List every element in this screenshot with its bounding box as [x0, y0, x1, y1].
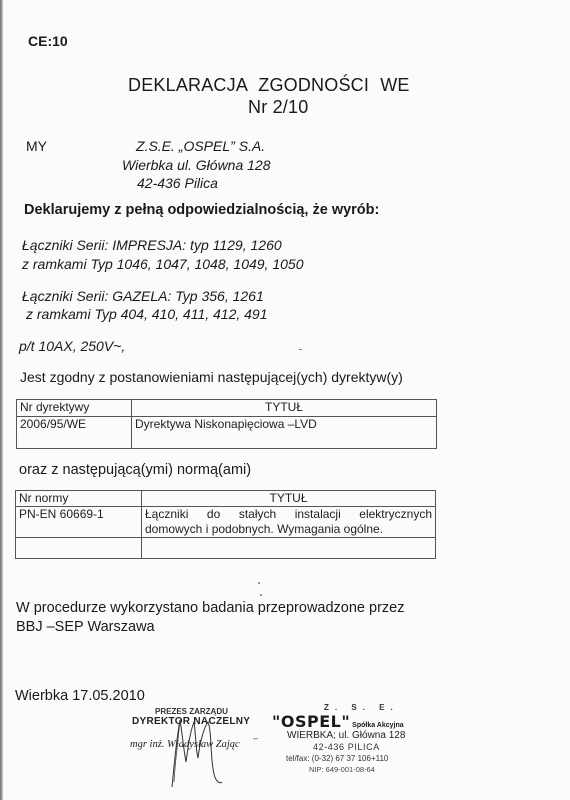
standards-table: Nr normy TYTUŁ PN-EN 60669-1 Łącznikidos…: [15, 490, 436, 559]
ce-mark: CE:10: [28, 33, 68, 49]
declaration-heading: Deklarujemy z pełną odpowiedzialnością, …: [24, 202, 379, 218]
directive-number: 2006/95/WE: [17, 417, 132, 449]
procedure-text: W procedurze wykorzystano badania przepr…: [16, 600, 404, 616]
stamp-dash: –: [253, 733, 258, 743]
empty-cell: [16, 538, 142, 559]
word: stałych: [239, 507, 276, 522]
stamp-street: WIERBKA; ul. Główna 128: [287, 730, 405, 741]
empty-cell: [142, 538, 436, 559]
stamp-city: 42-436 PILICA: [313, 742, 380, 752]
stamp-abbr: Z. S. E.: [324, 703, 399, 712]
place-date: Wierbka 17.05.2010: [15, 688, 145, 704]
table-header-row: Nr normy TYTUŁ: [16, 491, 436, 507]
stamp-company: "OSPEL"Spółka Akcyjna: [272, 712, 404, 732]
header-cell: TYTUŁ: [142, 491, 436, 507]
stamp-nip: NIP: 649-001-08-64: [309, 765, 375, 774]
handwritten-signature: [160, 712, 230, 792]
word: instalacji: [295, 507, 341, 522]
company-city: 42-436 Pilica: [137, 175, 218, 191]
scan-edge: [0, 0, 3, 800]
word: do: [207, 507, 220, 522]
word: Łączniki: [145, 507, 188, 522]
header-cell: Nr normy: [16, 491, 142, 507]
company-street: Wierbka ul. Główna 128: [122, 157, 271, 173]
product-frames-impresja: z ramkami Typ 1046, 1047, 1048, 1049, 10…: [22, 256, 303, 272]
document-number: Nr 2/10: [248, 97, 308, 118]
product-frames-gazela: z ramkami Typ 404, 410, 411, 412, 491: [26, 306, 268, 322]
table-row-empty: [16, 538, 436, 559]
conformity-text: Jest zgodny z postanowieniami następując…: [20, 369, 403, 385]
scan-speck: [258, 582, 260, 584]
my-label: MY: [26, 138, 47, 154]
stamp-company-suffix: Spółka Akcyjna: [352, 722, 404, 729]
word: elektrycznych: [359, 507, 432, 522]
standard-number: PN-EN 60669-1: [16, 507, 142, 538]
standard-title-line2: domowych i podobnych. Wymagania ogólne.: [145, 522, 432, 537]
testing-body: BBJ –SEP Warszawa: [16, 619, 155, 635]
header-cell: TYTUŁ: [132, 400, 437, 417]
stamp-phone: tel/fax: (0-32) 67 37 106+110: [286, 754, 388, 763]
standards-intro: oraz z następującą(ymi) normą(ami): [19, 462, 251, 478]
header-cell: Nr dyrektywy: [17, 400, 132, 417]
standard-title-line1: Łącznikidostałychinstalacjielektrycznych: [145, 507, 432, 522]
directives-table: Nr dyrektywy TYTUŁ 2006/95/WE Dyrektywa …: [16, 399, 437, 449]
table-header-row: Nr dyrektywy TYTUŁ: [17, 400, 437, 417]
scan-speck: [299, 349, 302, 350]
table-row: 2006/95/WE Dyrektywa Niskonapięciowa –LV…: [17, 417, 437, 449]
product-series-impresja: Łączniki Serii: IMPRESJA: typ 1129, 1260: [22, 237, 282, 253]
directive-title: Dyrektywa Niskonapięciowa –LVD: [132, 417, 437, 449]
standard-title: Łącznikidostałychinstalacjielektrycznych…: [142, 507, 436, 538]
product-rating: p/t 10AX, 250V~,: [19, 338, 125, 354]
document-title: DEKLARACJA ZGODNOŚCI WE: [128, 75, 410, 96]
scan-speck: [260, 594, 262, 596]
stamp-company-name: "OSPEL": [272, 712, 350, 731]
company-name: Z.S.E. „OSPEL” S.A.: [136, 138, 265, 154]
product-series-gazela: Łączniki Serii: GAZELA: Typ 356, 1261: [22, 288, 264, 304]
table-row: PN-EN 60669-1 Łącznikidostałychinstalacj…: [16, 507, 436, 538]
